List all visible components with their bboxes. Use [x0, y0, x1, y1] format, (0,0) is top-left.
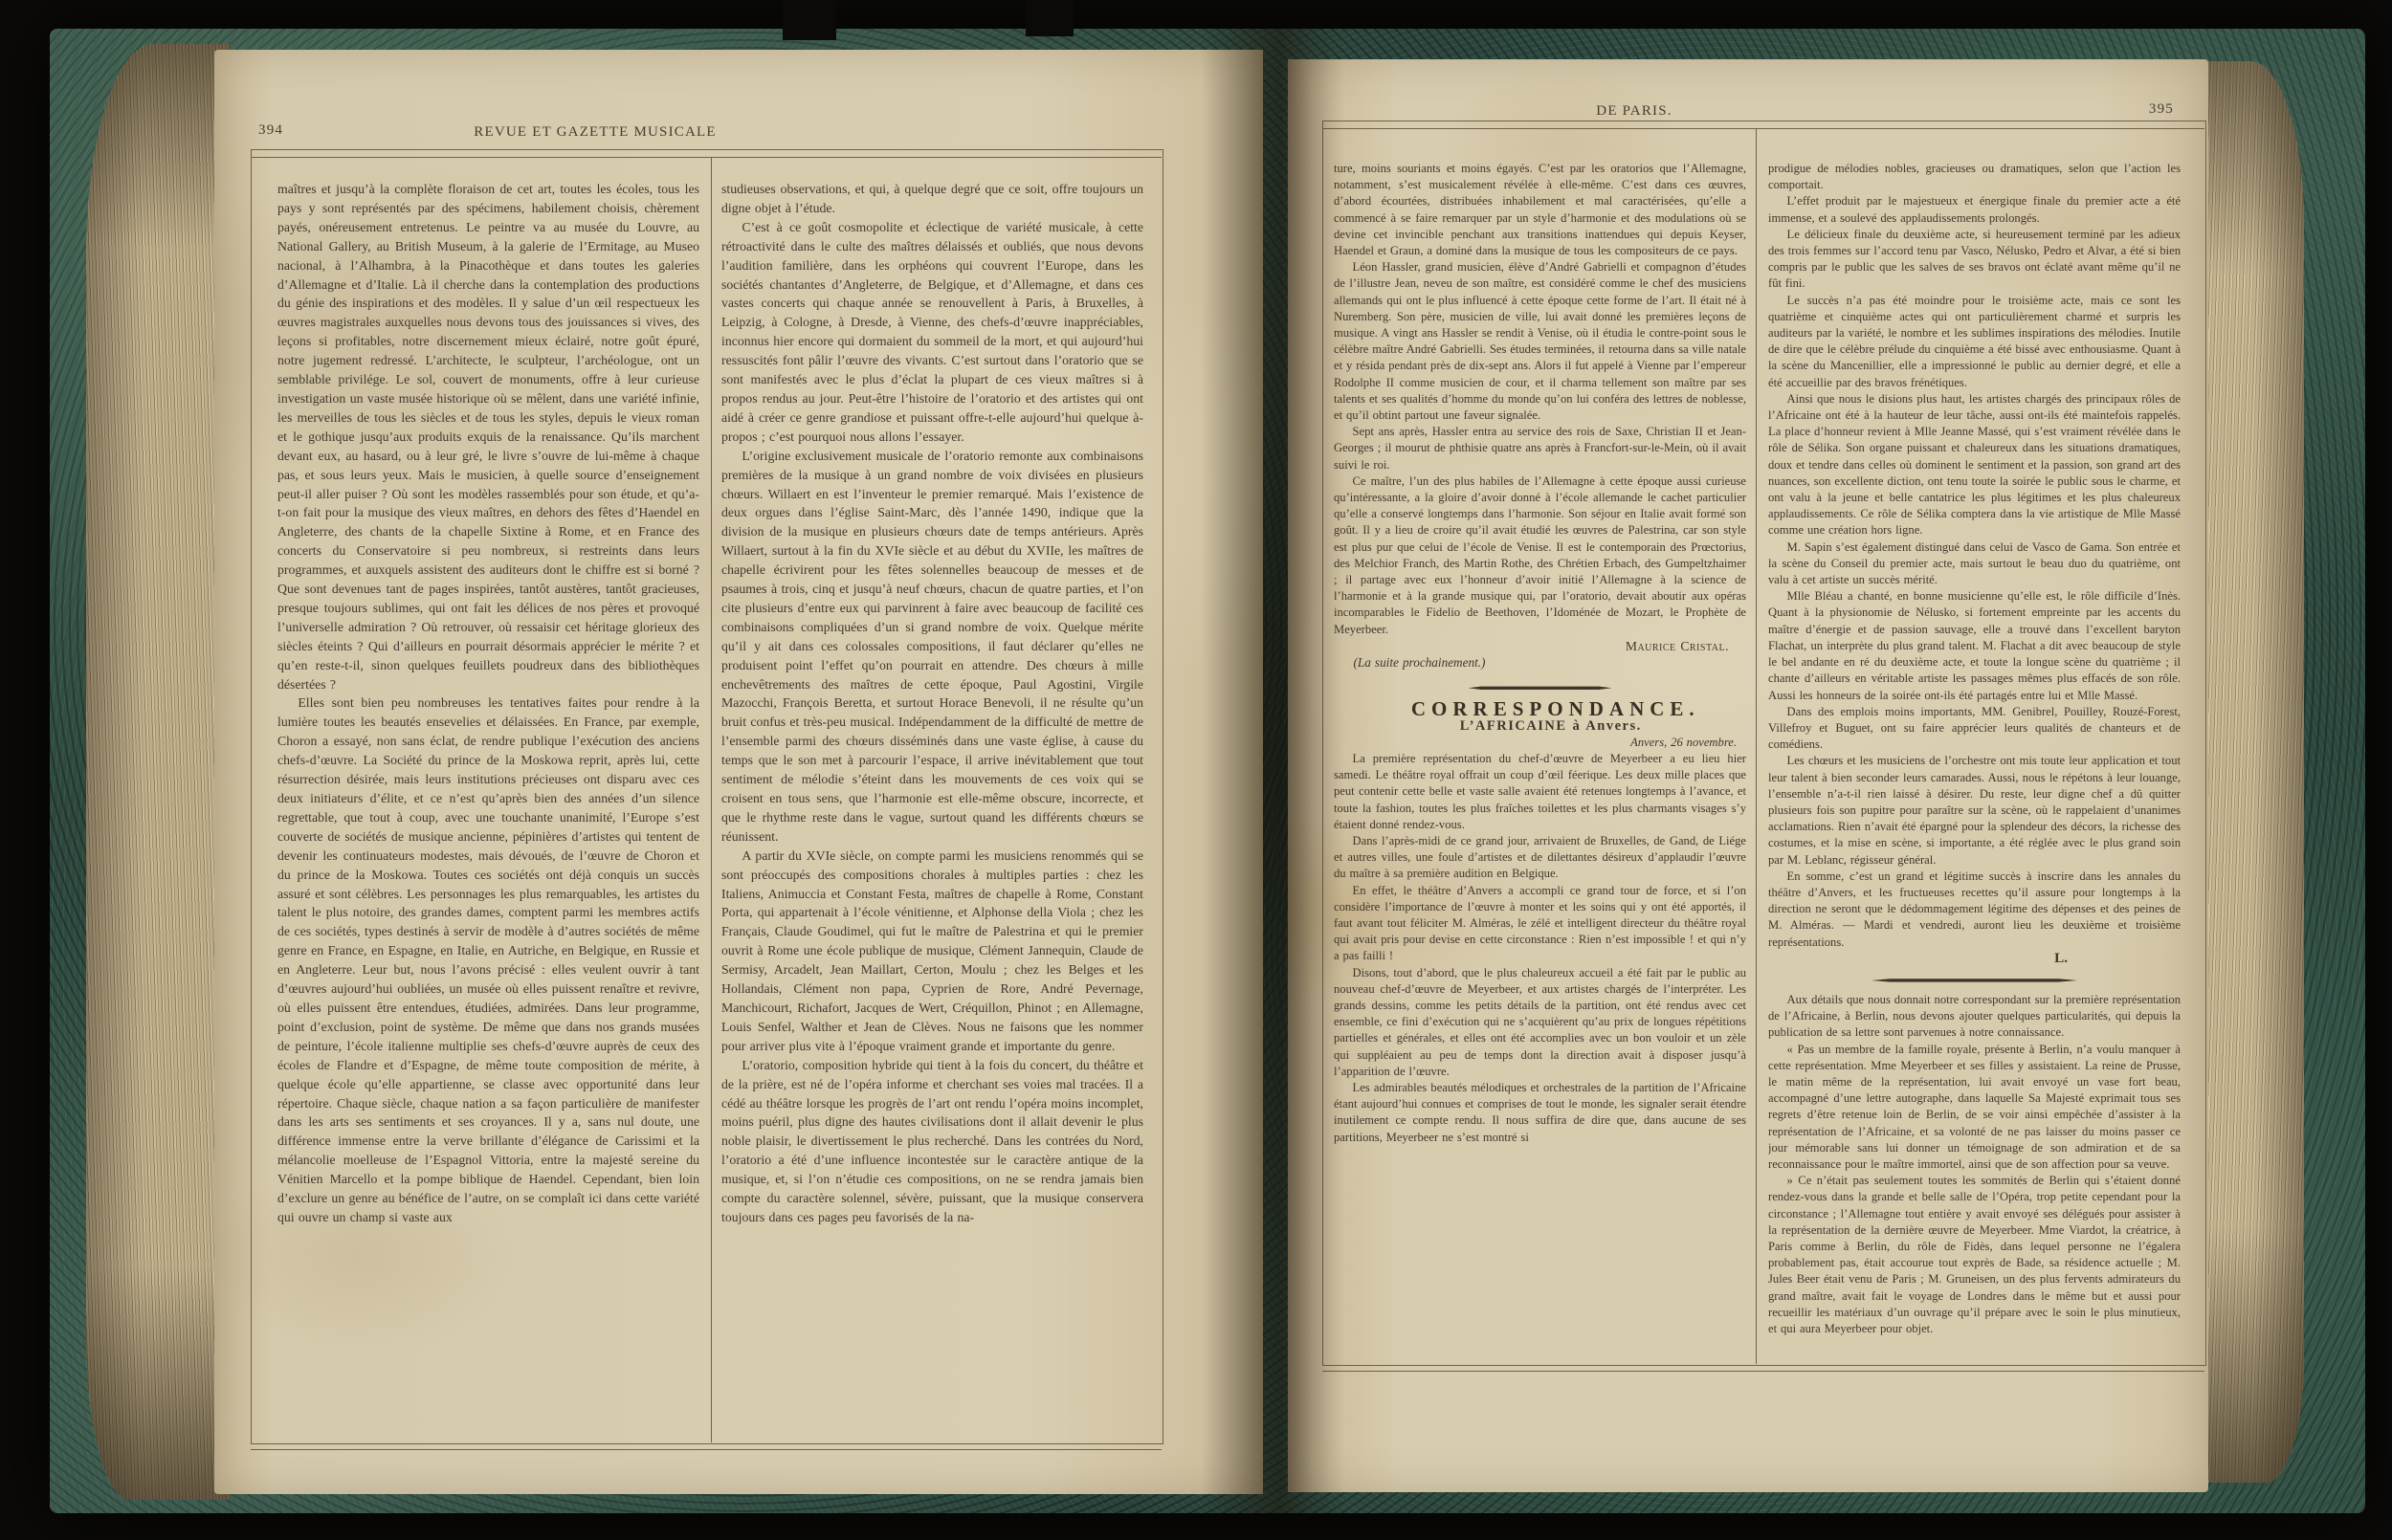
paragraph: Sept ans après, Hassler entra au service…	[1334, 424, 1746, 473]
book-gutter-shadow	[1201, 29, 1344, 1513]
paragraph: Disons, tout d’abord, que le plus chaleu…	[1334, 965, 1746, 1080]
paragraph: maîtres et jusqu’à la complète floraison…	[277, 180, 699, 693]
paragraph: Léon Hassler, grand musicien, élève d’An…	[1334, 259, 1746, 424]
paragraph: Les chœurs et les musiciens de l’orchest…	[1768, 753, 2181, 868]
paragraph: La première représentation du chef-d’œuv…	[1334, 751, 1746, 833]
left-page: 394 REVUE ET GAZETTE MUSICALE maîtres et…	[214, 50, 1263, 1494]
running-title-left: REVUE ET GAZETTE MUSICALE	[474, 124, 716, 141]
paragraph: L’effet produit par le majestueux et éne…	[1768, 193, 2181, 226]
article-signature: Maurice Cristal.	[1334, 638, 1746, 654]
paragraph: Aux détails que nous donnait notre corre…	[1768, 992, 2181, 1042]
paragraph: Elles sont bien peu nombreuses les tenta…	[277, 693, 699, 1226]
paragraph: Le délicieux finale du deuxième acte, si…	[1768, 227, 2181, 293]
correspondance-dateline: Anvers, 26 novembre.	[1334, 735, 1746, 751]
paragraph: studieuses observations, et qui, à quelq…	[721, 180, 1143, 218]
photo-background-notch	[783, 0, 836, 40]
paragraph: prodigue de mélodies nobles, gracieuses …	[1768, 161, 2181, 193]
paragraph: » Ce n’était pas seulement toutes les so…	[1768, 1173, 2181, 1337]
paragraph: A partir du XVIe siècle, on compte parmi…	[721, 847, 1143, 1056]
running-title-right: DE PARIS.	[1596, 103, 1672, 120]
page-number-left: 394	[258, 122, 283, 139]
paragraph: En effet, le théâtre d’Anvers a accompli…	[1334, 883, 1746, 965]
photograph-of-open-book: { "pages": { "left": { "number": "394", …	[0, 0, 2392, 1540]
paragraph: En somme, c’est un grand et légitime suc…	[1768, 869, 2181, 951]
left-page-edge-stack	[86, 44, 230, 1500]
photo-background-notch	[1026, 0, 1074, 36]
paragraph: Mlle Bléau a chanté, en bonne musicienne…	[1768, 588, 2181, 703]
section-divider-ornament	[1469, 686, 1612, 690]
paragraph: Ce maître, l’un des plus habiles de l’Al…	[1334, 473, 1746, 638]
paragraph: Ainsi que nous le disions plus haut, les…	[1768, 391, 2181, 539]
paragraph: Le succès n’a pas été moindre pour le tr…	[1768, 293, 2181, 391]
top-double-rule-right	[1322, 128, 2204, 129]
paragraph: ture, moins souriants et moins égayés. C…	[1334, 161, 1746, 259]
paragraph: C’est à ce goût cosmopolite et éclectiqu…	[721, 218, 1143, 447]
paragraph: « Pas un membre de la famille royale, pr…	[1768, 1042, 2181, 1174]
column-divider-right	[1756, 129, 1757, 1364]
bottom-double-rule-right	[1322, 1371, 2204, 1372]
correspondent-signature: L.	[1768, 951, 2181, 967]
correspondance-heading: CORRESPONDANCE.	[1334, 701, 1746, 717]
page-number-right: 395	[2149, 101, 2174, 118]
right-page-column-2: prodigue de mélodies nobles, gracieuses …	[1768, 161, 2181, 1354]
right-page-column-1: ture, moins souriants et moins égayés. C…	[1334, 161, 1746, 1354]
paragraph: M. Sapin s’est également distingué dans …	[1768, 539, 2181, 589]
continuation-note: (La suite prochainement.)	[1334, 654, 1746, 671]
section-divider-ornament	[1872, 979, 2077, 982]
column-divider-left	[711, 158, 712, 1442]
top-double-rule-left	[251, 157, 1162, 158]
paragraph: Dans des emplois moins importants, MM. G…	[1768, 704, 2181, 754]
left-page-column-2: studieuses observations, et qui, à quelq…	[721, 180, 1143, 1435]
paragraph: Les admirables beautés mélodiques et orc…	[1334, 1080, 1746, 1146]
right-page: DE PARIS. 395 ture, moins souriants et m…	[1288, 59, 2208, 1492]
bottom-double-rule-left	[251, 1449, 1162, 1450]
correspondance-subheading: L’AFRICAINE à Anvers.	[1334, 718, 1746, 735]
paragraph: L’oratorio, composition hybride qui tien…	[721, 1056, 1143, 1227]
left-page-column-1: maîtres et jusqu’à la complète floraison…	[277, 180, 699, 1435]
paragraph: L’origine exclusivement musicale de l’or…	[721, 447, 1143, 847]
paragraph: Dans l’après-midi de ce grand jour, arri…	[1334, 833, 1746, 883]
